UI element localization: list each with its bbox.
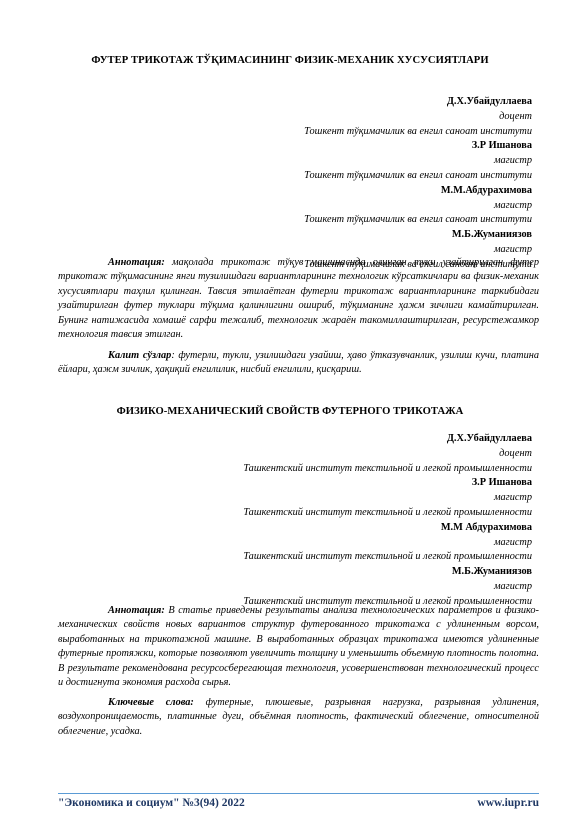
author-institution: Тошкент тўқимачилик ва енгил саноат инст…: [304, 169, 532, 184]
website-link[interactable]: www.iupr.ru: [477, 797, 539, 809]
author-name: М.М.Абдурахимова: [304, 184, 532, 199]
keywords-label: Калит сўзлар: [108, 350, 171, 361]
author-institution: Ташкентский институт текстильной и легко…: [243, 506, 532, 521]
author-name: М.Б.Жуманиязов: [304, 228, 532, 243]
uz-keywords: Калит сўзлар: футерли, тукли, узилишдаги…: [58, 349, 539, 378]
ru-keywords: Ключевые слова: футерные, плюшевые, разр…: [58, 696, 539, 739]
author-name: М.Б.Жуманиязов: [243, 565, 532, 580]
abstract-text: мақолада трикотаж тўқув машинасида олинг…: [58, 257, 539, 340]
uz-authors: Д.Х.Убайдуллаева доцент Тошкент тўқимачи…: [304, 95, 532, 273]
author-name: З.Р Ишанова: [304, 139, 532, 154]
ru-title: ФИЗИКО-МЕХАНИЧЕСКИЙ СВОЙСТВ ФУТЕРНОГО ТР…: [0, 406, 580, 417]
author-role: магистр: [304, 154, 532, 169]
page-footer: "Экономика и социум" №3(94) 2022 www.iup…: [58, 797, 539, 809]
author-role: магистр: [243, 491, 532, 506]
author-institution: Тошкент тўқимачилик ва енгил саноат инст…: [304, 125, 532, 140]
author-name: Д.Х.Убайдуллаева: [243, 432, 532, 447]
abstract-label: Аннотация:: [108, 605, 165, 616]
author-name: З.Р Ишанова: [243, 476, 532, 491]
author-role: магистр: [243, 580, 532, 595]
author-role: доцент: [243, 447, 532, 462]
footer-rule: [58, 793, 539, 794]
journal-name: "Экономика и социум" №3(94) 2022: [58, 797, 245, 809]
author-institution: Ташкентский институт текстильной и легко…: [243, 550, 532, 565]
ru-authors: Д.Х.Убайдуллаева доцент Ташкентский инст…: [243, 432, 532, 610]
abstract-text: В статье приведены результаты анализа те…: [58, 605, 539, 688]
author-role: магистр: [304, 199, 532, 214]
ru-abstract: Аннотация: В статье приведены результаты…: [58, 604, 539, 690]
author-institution: Тошкент тўқимачилик ва енгил саноат инст…: [304, 213, 532, 228]
keywords-label: Ключевые слова:: [108, 697, 194, 708]
author-role: доцент: [304, 110, 532, 125]
uz-title: ФУТЕР ТРИКОТАЖ ТЎҚИМАСИНИНГ ФИЗИК-МЕХАНИ…: [0, 55, 580, 66]
author-name: М.М Абдурахимова: [243, 521, 532, 536]
abstract-label: Аннотация:: [108, 257, 165, 268]
author-institution: Ташкентский институт текстильной и легко…: [243, 462, 532, 477]
uz-abstract: Аннотация: мақолада трикотаж тўқув машин…: [58, 256, 539, 342]
author-role: магистр: [243, 536, 532, 551]
author-name: Д.Х.Убайдуллаева: [304, 95, 532, 110]
